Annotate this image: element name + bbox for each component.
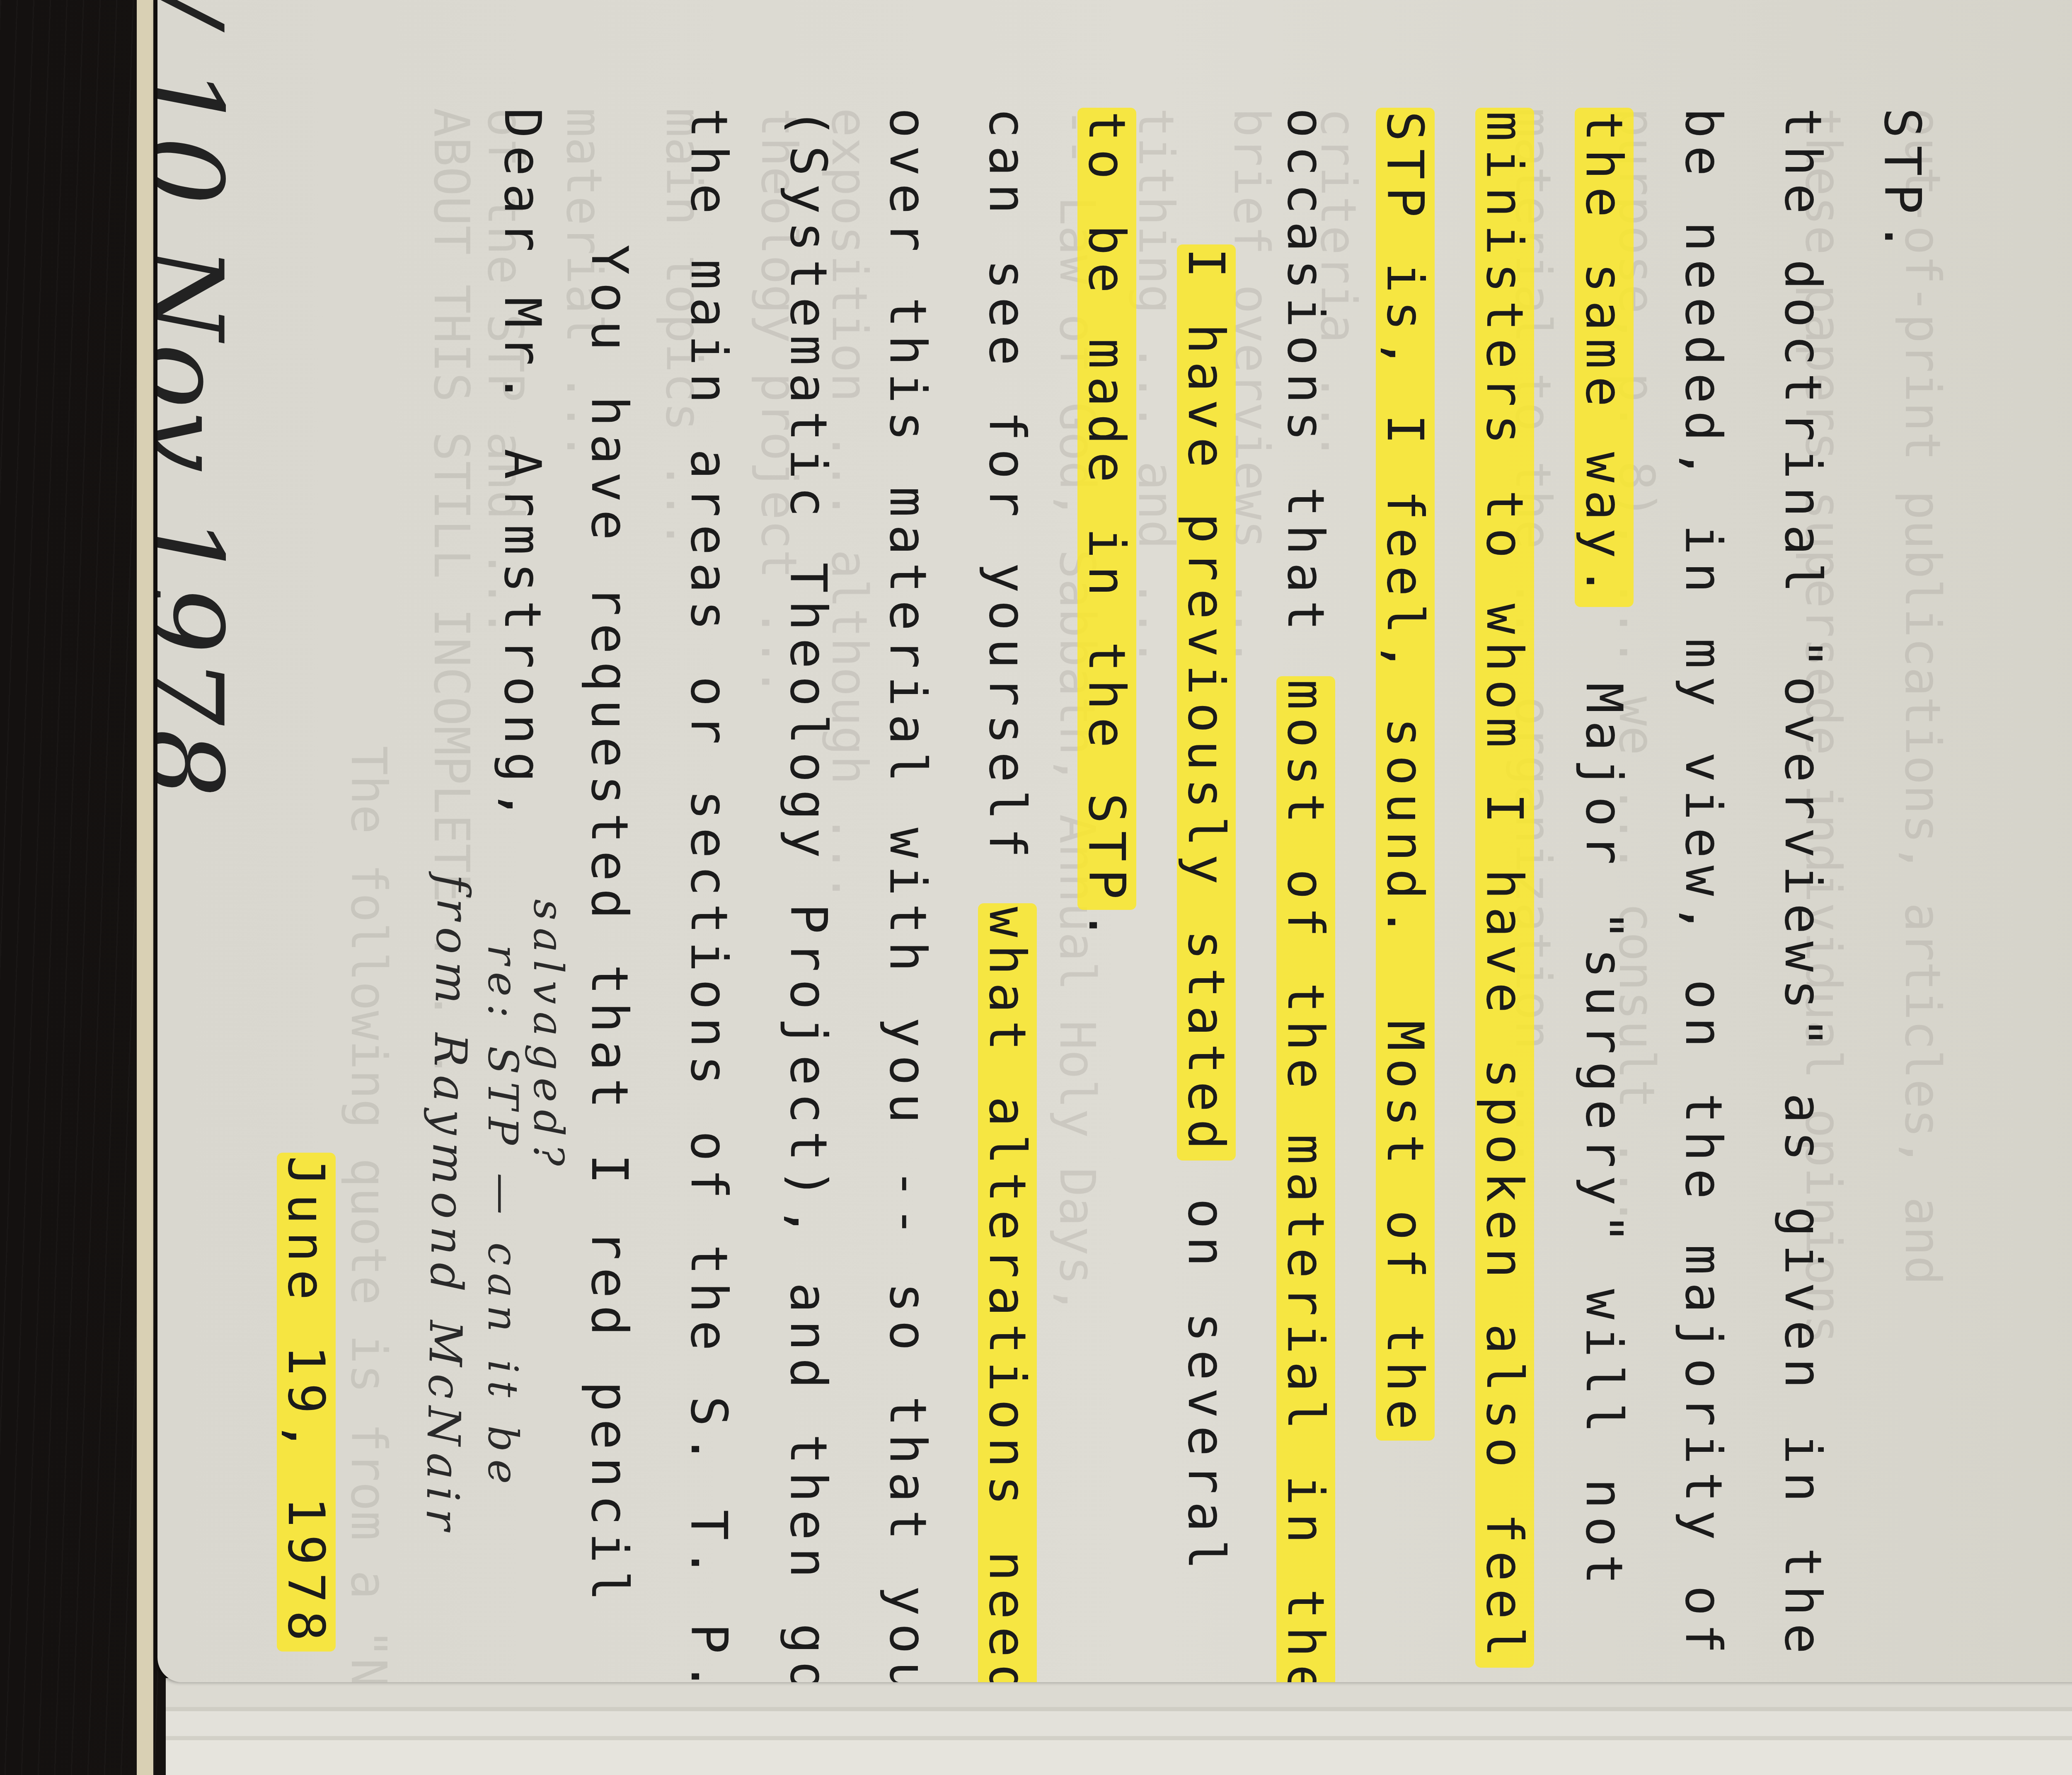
body-line: be needed, in my view, on the majority o… bbox=[1674, 108, 1733, 1661]
highlight-most-of-material: most of the material in the bbox=[1276, 676, 1335, 1682]
body-line: You have requested that I red pencil bbox=[580, 244, 639, 1608]
body-line: occasions that most of the material in t… bbox=[1276, 108, 1335, 1682]
body-line-text: can see for yourself bbox=[978, 108, 1037, 903]
letter-date: June 19, 1978 bbox=[218, 849, 395, 1652]
body-line-text: occasions that bbox=[1276, 108, 1335, 676]
body-line-text: Major "surgery" will not bbox=[1575, 607, 1634, 1592]
highlight-stp-sound: STP is, I feel, sound. Most of the bbox=[1376, 108, 1435, 1441]
highlight-what-alterations: what alterations need bbox=[978, 903, 1037, 1682]
body-line: STP. bbox=[1873, 108, 1932, 259]
highlight-previously-stated: I have previously stated bbox=[1177, 244, 1236, 1161]
letter-content-rotated: The following quote is from a "NOTE ABOU… bbox=[157, 0, 2072, 1682]
body-line: I have previously stated on several bbox=[1177, 244, 1236, 1577]
date-highlight: June 19, 1978 bbox=[277, 1153, 336, 1652]
highlight-same-way: the same way. bbox=[1575, 108, 1634, 607]
handwritten-note-line3: salvaged? bbox=[524, 899, 573, 1173]
page-stack-edges bbox=[166, 1678, 2072, 1775]
body-line: the doctrinal "overviews" as given in th… bbox=[1774, 108, 1832, 1661]
body-line: the same way. Major "surgery" will not bbox=[1575, 108, 1634, 1592]
body-line-text: on several bbox=[1177, 1161, 1236, 1577]
typed-letter: June 19, 1978 from Raymond McNair re: ST… bbox=[157, 0, 2072, 1682]
body-line: (Systematic Theology Project), and then … bbox=[779, 108, 838, 1682]
salutation: Dear Mr. Armstrong, bbox=[493, 108, 552, 828]
letter-page: The following quote is from a "NOTE ABOU… bbox=[157, 0, 2072, 1682]
body-line: STP is, I feel, sound. Most of the bbox=[1376, 108, 1435, 1441]
body-line-text: . bbox=[1077, 910, 1136, 948]
highlight-to-be-made: to be made in the STP bbox=[1077, 108, 1136, 910]
body-line: ministers to whom I have spoken also fee… bbox=[1475, 108, 1534, 1668]
body-line: over this material with you -- so that y… bbox=[879, 108, 937, 1682]
highlight-ministers: ministers to whom I have spoken also fee… bbox=[1475, 108, 1534, 1668]
handwritten-note-line2: re: STP — can it be bbox=[479, 945, 527, 1492]
body-line: the main areas or sections of the S. T. … bbox=[680, 108, 738, 1682]
handwritten-note-line1: from Raymond McNair bbox=[416, 874, 479, 1538]
body-line: can see for yourself what alterations ne… bbox=[978, 108, 1037, 1682]
body-line: to be made in the STP. bbox=[1077, 108, 1136, 948]
folder-edge bbox=[137, 0, 153, 1775]
